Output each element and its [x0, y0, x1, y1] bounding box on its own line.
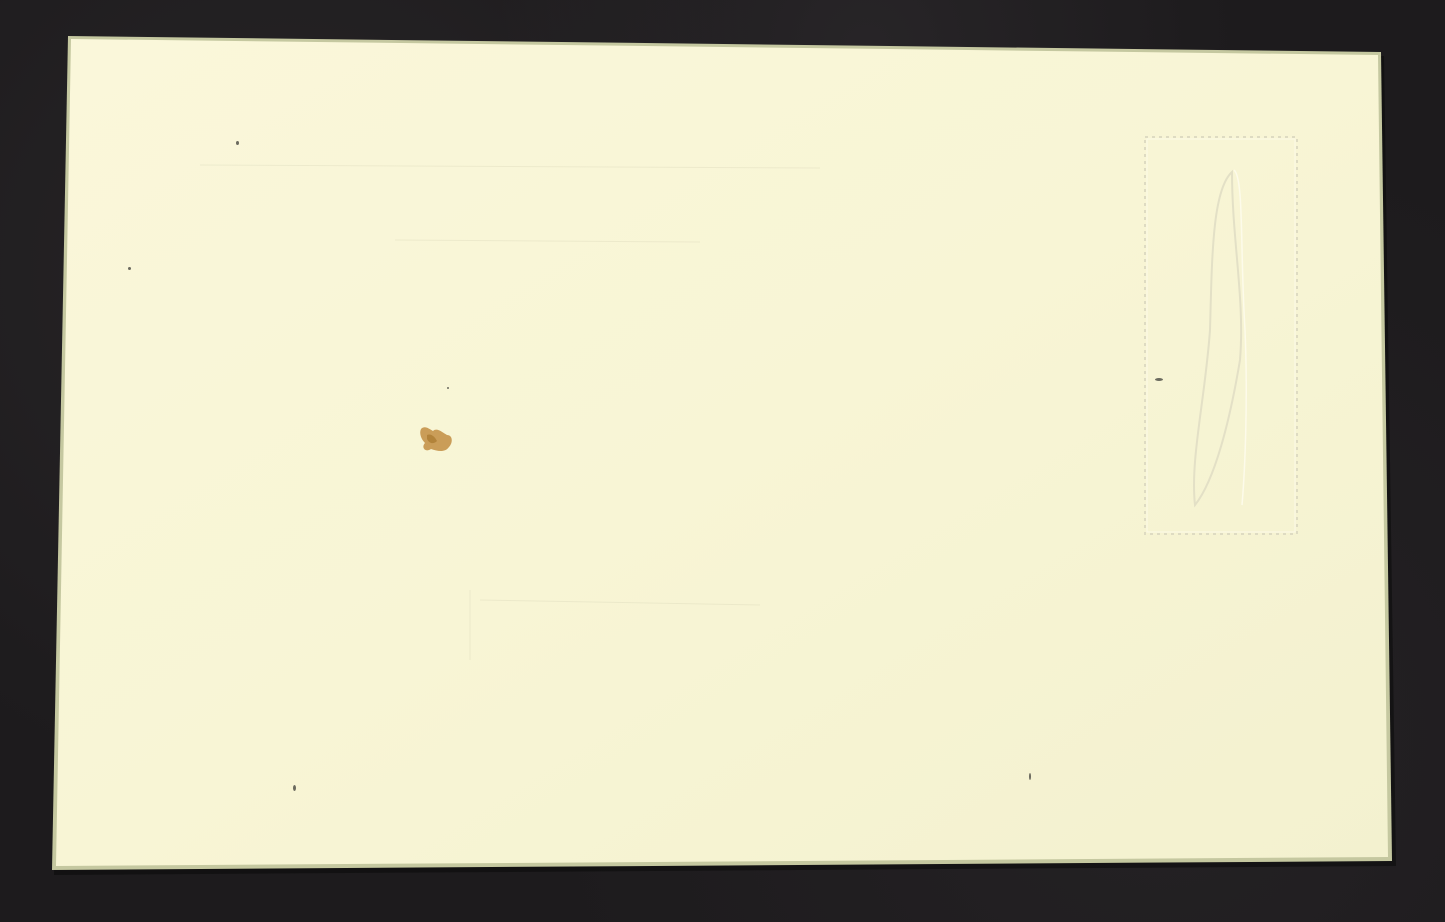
card-face	[56, 39, 1388, 866]
speck	[1155, 378, 1163, 381]
speck	[236, 141, 239, 145]
speck	[447, 387, 449, 389]
speck	[1029, 773, 1031, 780]
speck	[128, 267, 131, 270]
postal-card	[0, 0, 1445, 922]
stain-mark	[417, 423, 455, 455]
speck	[293, 785, 296, 791]
